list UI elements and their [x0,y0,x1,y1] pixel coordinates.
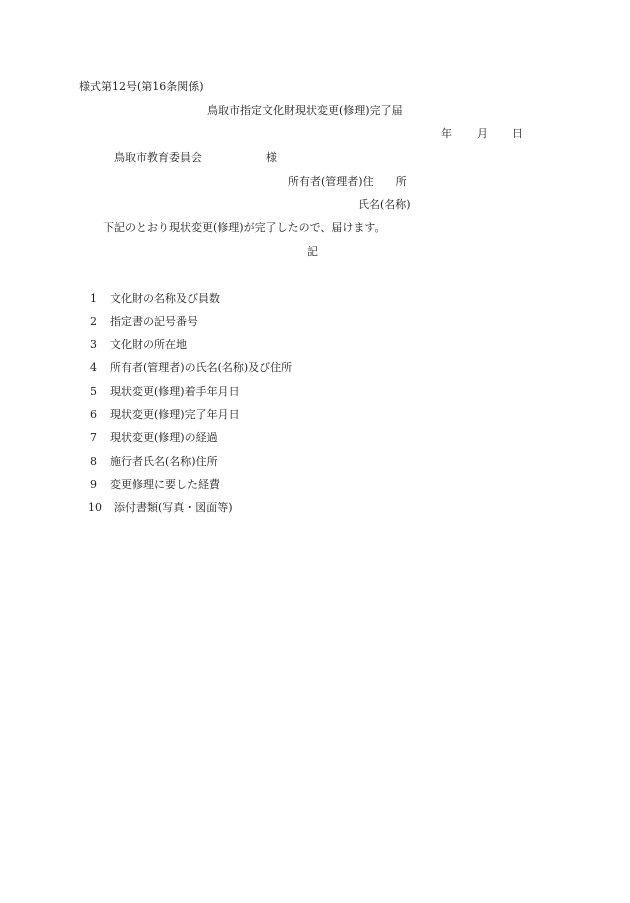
addressee-name: 鳥取市教育委員会 [114,151,202,165]
list-item: 4所有者(管理者)の氏名(名称)及び住所 [90,361,292,375]
addressee-honorific: 様 [266,151,277,165]
list-item: 6現状変更(修理)完了年月日 [90,408,240,422]
date-month: 月 [477,127,488,141]
list-item: 2指定書の記号番号 [90,315,198,329]
list-item: 7現状変更(修理)の経過 [90,431,218,445]
list-item: 8施行者氏名(名称)住所 [90,455,218,469]
submitter-address-label: 所有者(管理者)住 所 [288,175,407,189]
date-year: 年 [441,127,452,141]
ki-heading: 記 [307,245,318,259]
date-day: 日 [512,127,523,141]
list-item: 10添付書類(写真・図面等) [88,501,233,515]
list-item: 1文化財の名称及び員数 [90,292,220,306]
submitter-name-label: 氏名(名称) [358,198,411,212]
list-item: 3文化財の所在地 [90,338,187,352]
document-title: 鳥取市指定文化財現状変更(修理)完了届 [207,104,403,118]
list-item: 5現状変更(修理)着手年月日 [90,385,240,399]
list-item: 9変更修理に要した経費 [90,478,220,492]
statement: 下記のとおり現状変更(修理)が完了したので、届けます。 [103,221,385,235]
form-number: 様式第12号(第16条関係) [79,80,204,94]
